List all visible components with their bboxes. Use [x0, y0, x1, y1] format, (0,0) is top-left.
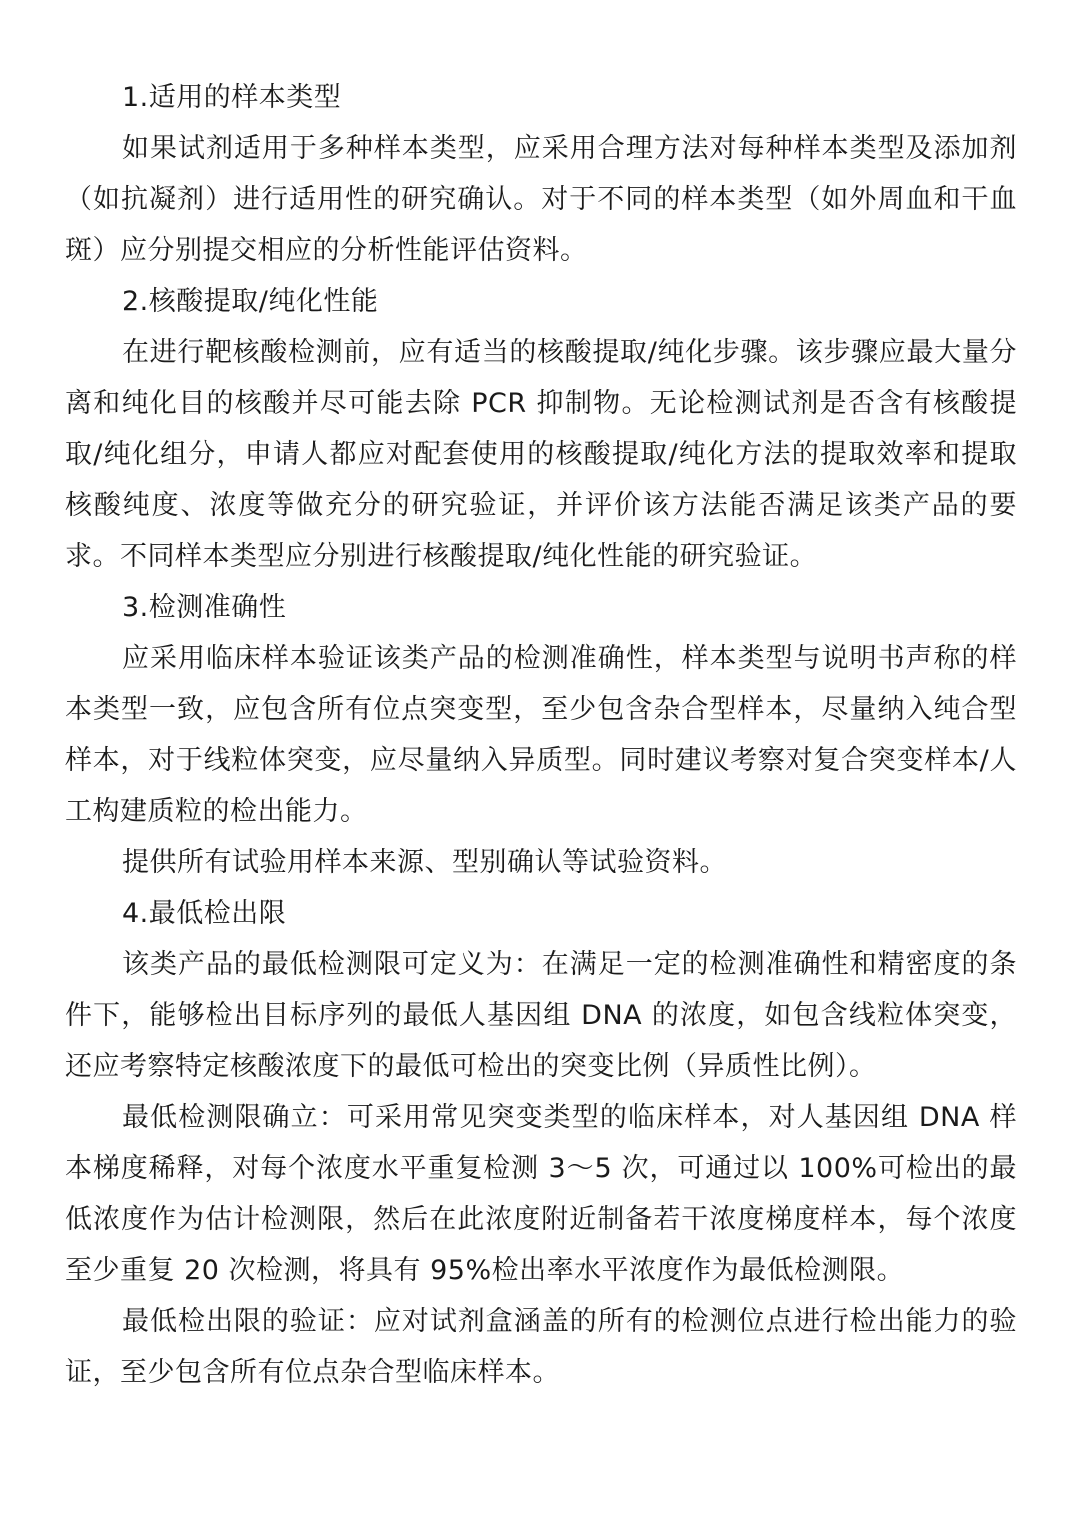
- section-sample-types: 1.适用的样本类型 如果试剂适用于多种样本类型，应采用合理方法对每种样本类型及添…: [65, 72, 1017, 276]
- section-heading: 1.适用的样本类型: [65, 72, 1017, 123]
- section-heading: 3.检测准确性: [65, 582, 1017, 633]
- paragraph: 最低检测限确立：可采用常见突变类型的临床样本，对人基因组 DNA 样本梯度稀释，…: [65, 1092, 1017, 1296]
- paragraph: 最低检出限的验证：应对试剂盒涵盖的所有的检测位点进行检出能力的验证，至少包含所有…: [65, 1296, 1017, 1398]
- section-nucleic-acid-extraction: 2.核酸提取/纯化性能 在进行靶核酸检测前，应有适当的核酸提取/纯化步骤。该步骤…: [65, 276, 1017, 582]
- paragraph: 该类产品的最低检测限可定义为：在满足一定的检测准确性和精密度的条件下，能够检出目…: [65, 939, 1017, 1092]
- paragraph: 在进行靶核酸检测前，应有适当的核酸提取/纯化步骤。该步骤应最大量分离和纯化目的核…: [65, 327, 1017, 582]
- section-heading: 4.最低检出限: [65, 888, 1017, 939]
- section-detection-accuracy: 3.检测准确性 应采用临床样本验证该类产品的检测准确性，样本类型与说明书声称的样…: [65, 582, 1017, 888]
- paragraph: 如果试剂适用于多种样本类型，应采用合理方法对每种样本类型及添加剂（如抗凝剂）进行…: [65, 123, 1017, 276]
- paragraph: 应采用临床样本验证该类产品的检测准确性，样本类型与说明书声称的样本类型一致，应包…: [65, 633, 1017, 837]
- section-limit-of-detection: 4.最低检出限 该类产品的最低检测限可定义为：在满足一定的检测准确性和精密度的条…: [65, 888, 1017, 1398]
- document-page: 1.适用的样本类型 如果试剂适用于多种样本类型，应采用合理方法对每种样本类型及添…: [65, 72, 1017, 1398]
- section-heading: 2.核酸提取/纯化性能: [65, 276, 1017, 327]
- paragraph: 提供所有试验用样本来源、型别确认等试验资料。: [65, 837, 1017, 888]
